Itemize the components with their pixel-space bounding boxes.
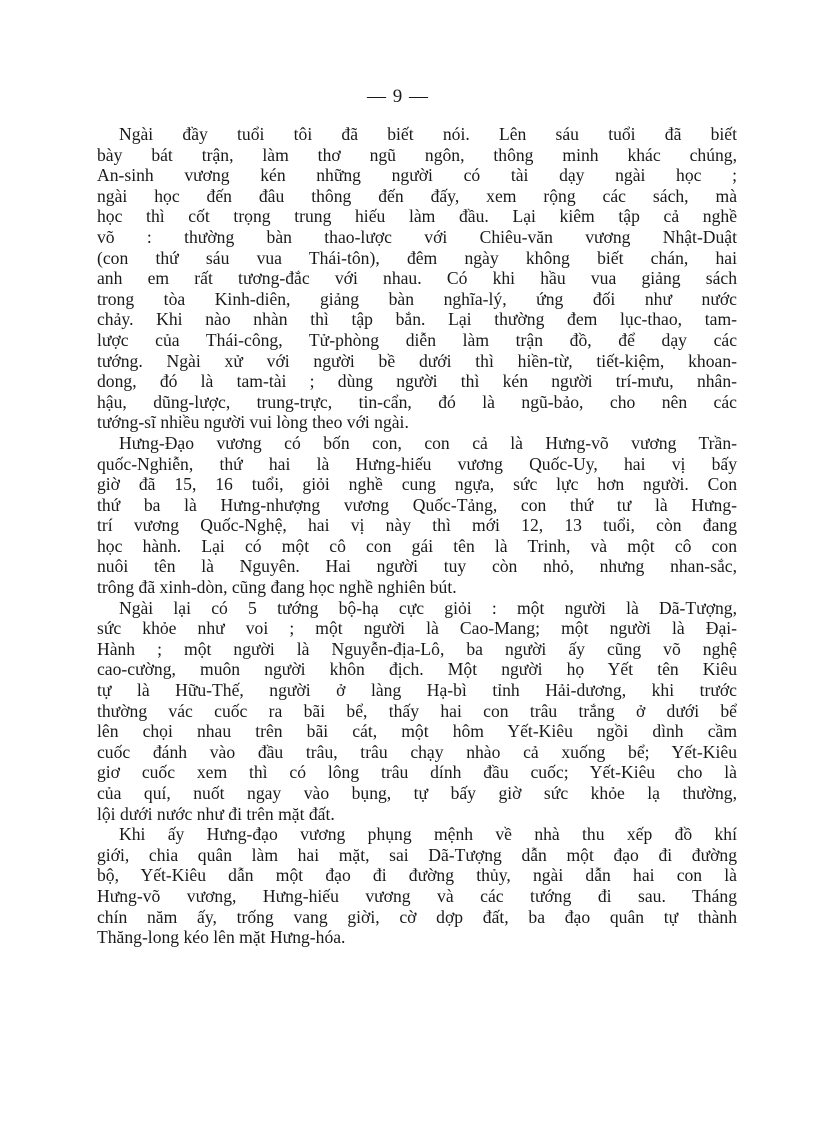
text-line: cao-cường, muôn người khôn địch. Một ngư… [97, 659, 737, 680]
text-line: chảy. Khi nào nhàn thì tập bắn. Lại thườ… [97, 309, 737, 330]
text-line: An-sinh vương kén những người có tài dạy… [97, 165, 737, 186]
text-line: ngài học đến đâu thông đến đấy, xem rộng… [97, 186, 737, 207]
text-line: dong, đó là tam-tài ; dùng người thì kén… [97, 371, 737, 392]
text-line: Thăng-long kéo lên mặt Hưng-hóa. [97, 927, 737, 948]
text-line: bộ, Yết-Kiêu dẫn một đạo đi đường thủy, … [97, 865, 737, 886]
text-line: thường vác cuốc ra bãi bể, thấy hai con … [97, 701, 737, 722]
text-line: Khi ấy Hưng-đạo vương phụng mệnh về nhà … [97, 824, 737, 845]
text-line: Ngài lại có 5 tướng bộ-hạ cực giỏi : một… [97, 598, 737, 619]
text-line: tướng. Ngài xử với người bề dưới thì hiề… [97, 351, 737, 372]
text-line: giơ cuốc xem thì có lông trâu dính đầu c… [97, 762, 737, 783]
text-line: chín năm ấy, trống vang giời, cờ dợp đất… [97, 907, 737, 928]
text-line: Hưng-võ vương, Hưng-hiếu vương và các tư… [97, 886, 737, 907]
text-line: học thì cốt trọng trung hiếu làm đầu. Lạ… [97, 206, 737, 227]
text-line: sức khỏe như voi ; một người là Cao-Mang… [97, 618, 737, 639]
text-line: Ngài đầy tuổi tôi đã biết nói. Lên sáu t… [97, 124, 737, 145]
text-line: Hưng-Đạo vương có bốn con, con cả là Hưn… [97, 433, 737, 454]
text-line: Hành ; một người là Nguyễn-địa-Lô, ba ng… [97, 639, 737, 660]
paragraph: Hưng-Đạo vương có bốn con, con cả là Hưn… [97, 433, 737, 598]
paragraph: Ngài lại có 5 tướng bộ-hạ cực giỏi : một… [97, 598, 737, 825]
body-text: Ngài đầy tuổi tôi đã biết nói. Lên sáu t… [97, 124, 737, 948]
text-line: của quí, nuốt ngay vào bụng, tự bấy giờ … [97, 783, 737, 804]
text-line: lên chọi nhau trên bãi cát, một hôm Yết-… [97, 721, 737, 742]
text-line: trí vương Quốc-Nghệ, hai vị này thì mới … [97, 515, 737, 536]
text-line: hậu, dũng-lược, trung-trực, tin-cẩn, đó … [97, 392, 737, 413]
text-line: lội dưới nước như đi trên mặt đất. [97, 804, 737, 825]
text-line: giới, chia quân làm hai mặt, sai Dã-Tượn… [97, 845, 737, 866]
text-line: thứ ba là Hưng-nhượng vương Quốc-Tảng, c… [97, 495, 737, 516]
text-line: trông đã xinh-dòn, cũng đang học nghề ng… [97, 577, 737, 598]
text-line: nuôi tên là Nguyên. Hai người tuy còn nh… [97, 556, 737, 577]
text-line: trong tòa Kinh-diên, giảng bàn nghĩa-lý,… [97, 289, 737, 310]
text-line: giờ đã 15, 16 tuổi, giỏi nghề cung ngựa,… [97, 474, 737, 495]
paragraph: Khi ấy Hưng-đạo vương phụng mệnh về nhà … [97, 824, 737, 948]
text-line: (con thứ sáu vua Thái-tôn), đêm ngày khô… [97, 248, 737, 269]
text-line: bày bát trận, làm thơ ngũ ngôn, thông mi… [97, 145, 737, 166]
text-line: tự là Hữu-Thế, người ở làng Hạ-bì tỉnh H… [97, 680, 737, 701]
paragraph: Ngài đầy tuổi tôi đã biết nói. Lên sáu t… [97, 124, 737, 433]
text-line: anh em rất tương-đắc với nhau. Có khi hầ… [97, 268, 737, 289]
page-number: — 9 — [0, 86, 816, 108]
text-line: lược của Thái-công, Tử-phòng diễn làm tr… [97, 330, 737, 351]
text-line: quốc-Nghiễn, thứ hai là Hưng-hiếu vương … [97, 454, 737, 475]
text-line: tướng-sĩ nhiều người vui lòng theo với n… [97, 412, 737, 433]
text-line: cuốc đánh vào đầu trâu, trâu chạy nhào c… [97, 742, 737, 763]
text-line: võ : thường bàn thao-lược với Chiêu-văn … [97, 227, 737, 248]
text-line: học hành. Lại có một cô con gái tên là T… [97, 536, 737, 557]
